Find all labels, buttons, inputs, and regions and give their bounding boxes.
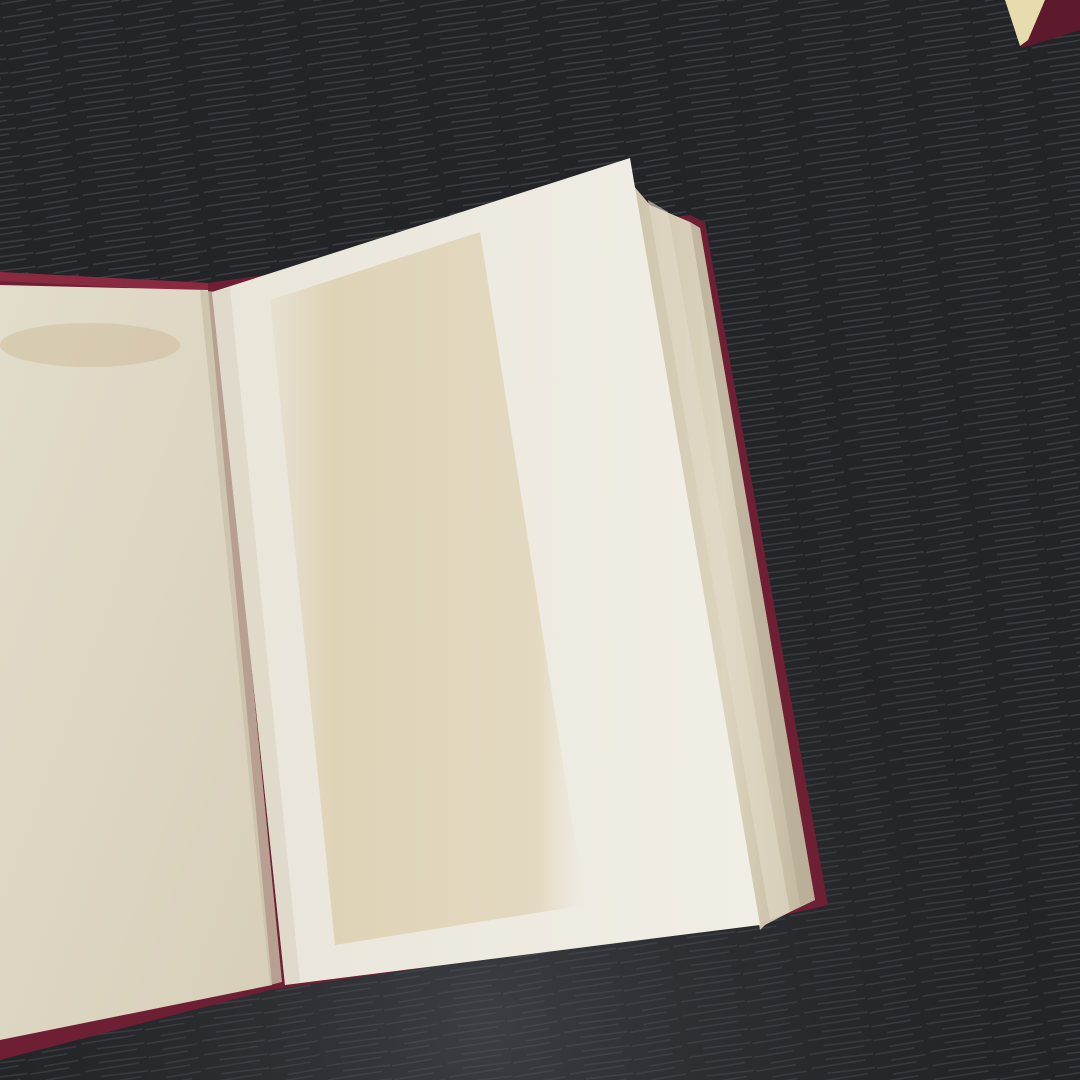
book-photo-scene (0, 0, 1080, 1080)
photo-canvas (0, 0, 1080, 1080)
left-page-stain (0, 323, 180, 367)
